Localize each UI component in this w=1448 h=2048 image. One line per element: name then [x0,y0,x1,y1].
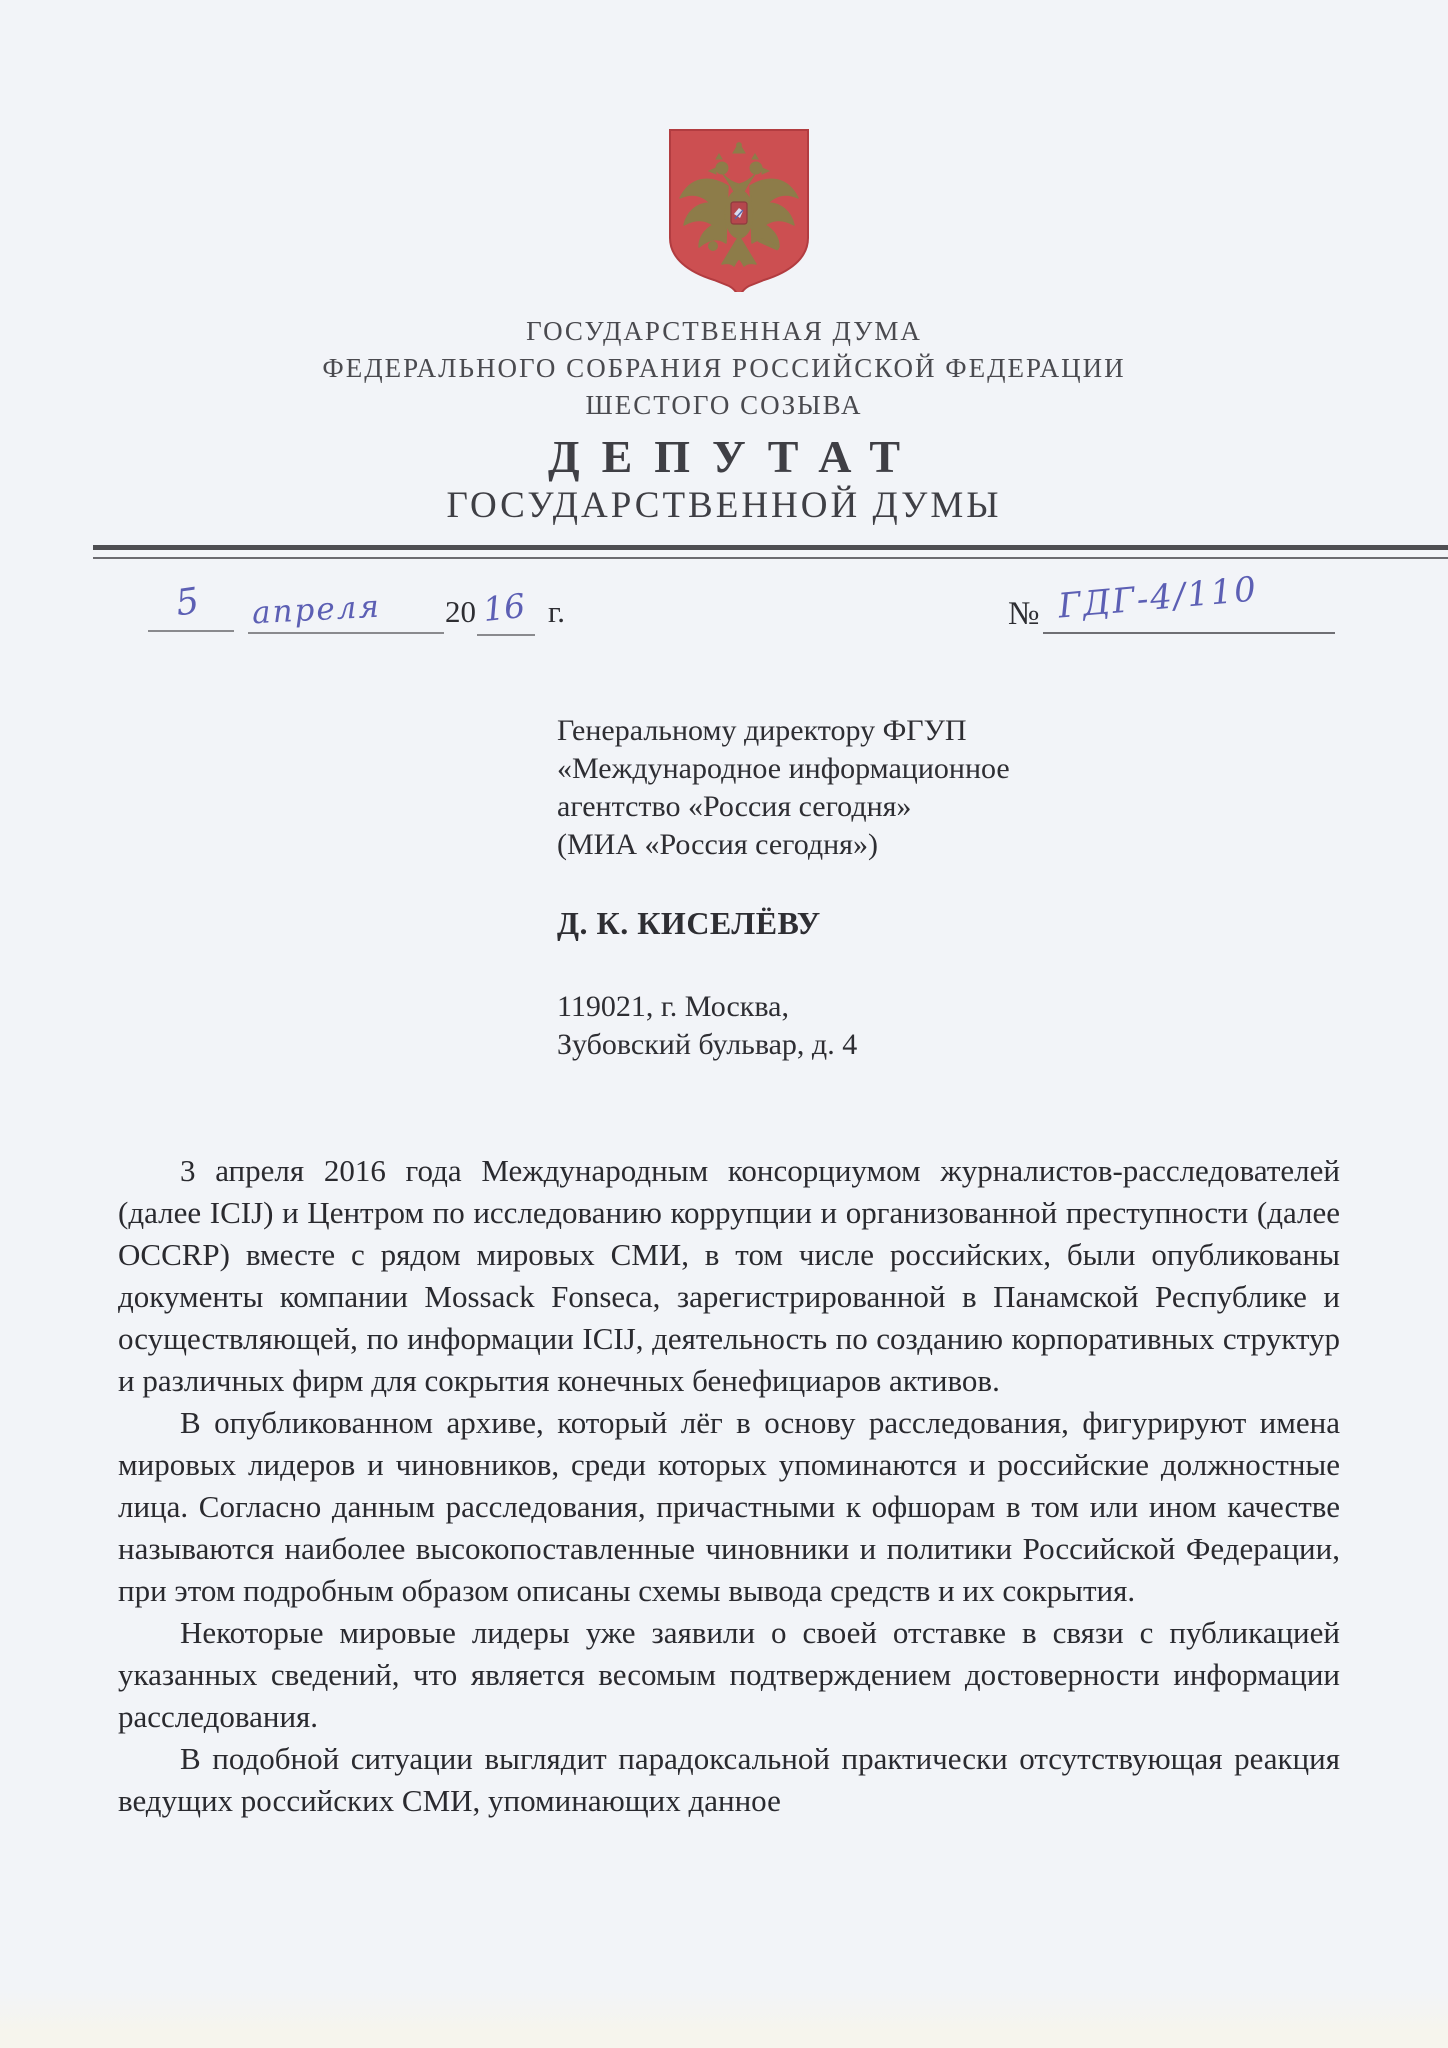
addressee-org-line: агентство «Россия сегодня» [557,788,1037,826]
addressee-org-line: (МИА «Россия сегодня») [557,826,1037,864]
org-name-line3: ШЕСТОГО СОЗЫВА [0,390,1448,421]
address-line: 119021, г. Москва, [557,988,857,1026]
day-underline [148,630,234,632]
address-line: Зубовский бульвар, д. 4 [557,1026,857,1064]
body-paragraph: В подобной ситуации выглядит парадоксаль… [118,1738,1340,1822]
year-label: г. [548,594,565,630]
month-underline [248,632,444,634]
letter-page: ГОСУДАРСТВЕННАЯ ДУМА ФЕДЕРАЛЬНОГО СОБРАН… [0,0,1448,2048]
handwritten-month: апреля [251,589,382,632]
handwritten-year-suffix: 16 [481,586,527,629]
org-name-line1: ГОСУДАРСТВЕННАЯ ДУМА [0,316,1448,347]
body-paragraph: Некоторые мировые лидеры уже заявили о с… [118,1612,1340,1738]
addressee-org-line: «Международное информационное [557,750,1037,788]
handwritten-number: ГДГ-4/110 [1057,569,1260,626]
letter-title-deputy: ДЕПУТАТ [0,430,1448,483]
addressee-block: Генеральному директору ФГУП «Международн… [557,712,1037,864]
letter-title-duma: ГОСУДАРСТВЕННОЙ ДУМЫ [0,484,1448,527]
handwritten-day: 5 [173,581,201,625]
year-underline [477,634,535,636]
year-prefix: 20 [445,594,476,630]
body-paragraph: В опубликованном архиве, который лёг в о… [118,1402,1340,1612]
addressee-address: 119021, г. Москва, Зубовский бульвар, д.… [557,988,857,1064]
letterhead-rule-thick [93,545,1448,550]
letterhead-rule-thin [93,557,1448,559]
addressee-org-line: Генеральному директору ФГУП [557,712,1037,750]
russia-coat-of-arms-icon [664,126,814,292]
letter-body: 3 апреля 2016 года Международным консорц… [118,1150,1340,1822]
org-name-line2: ФЕДЕРАЛЬНОГО СОБРАНИЯ РОССИЙСКОЙ ФЕДЕРАЦ… [0,353,1448,384]
number-label: № [1008,596,1040,633]
number-underline [1043,632,1335,634]
body-paragraph: 3 апреля 2016 года Международным консорц… [118,1150,1340,1402]
addressee-name: Д. К. КИСЕЛЁВУ [557,905,821,942]
